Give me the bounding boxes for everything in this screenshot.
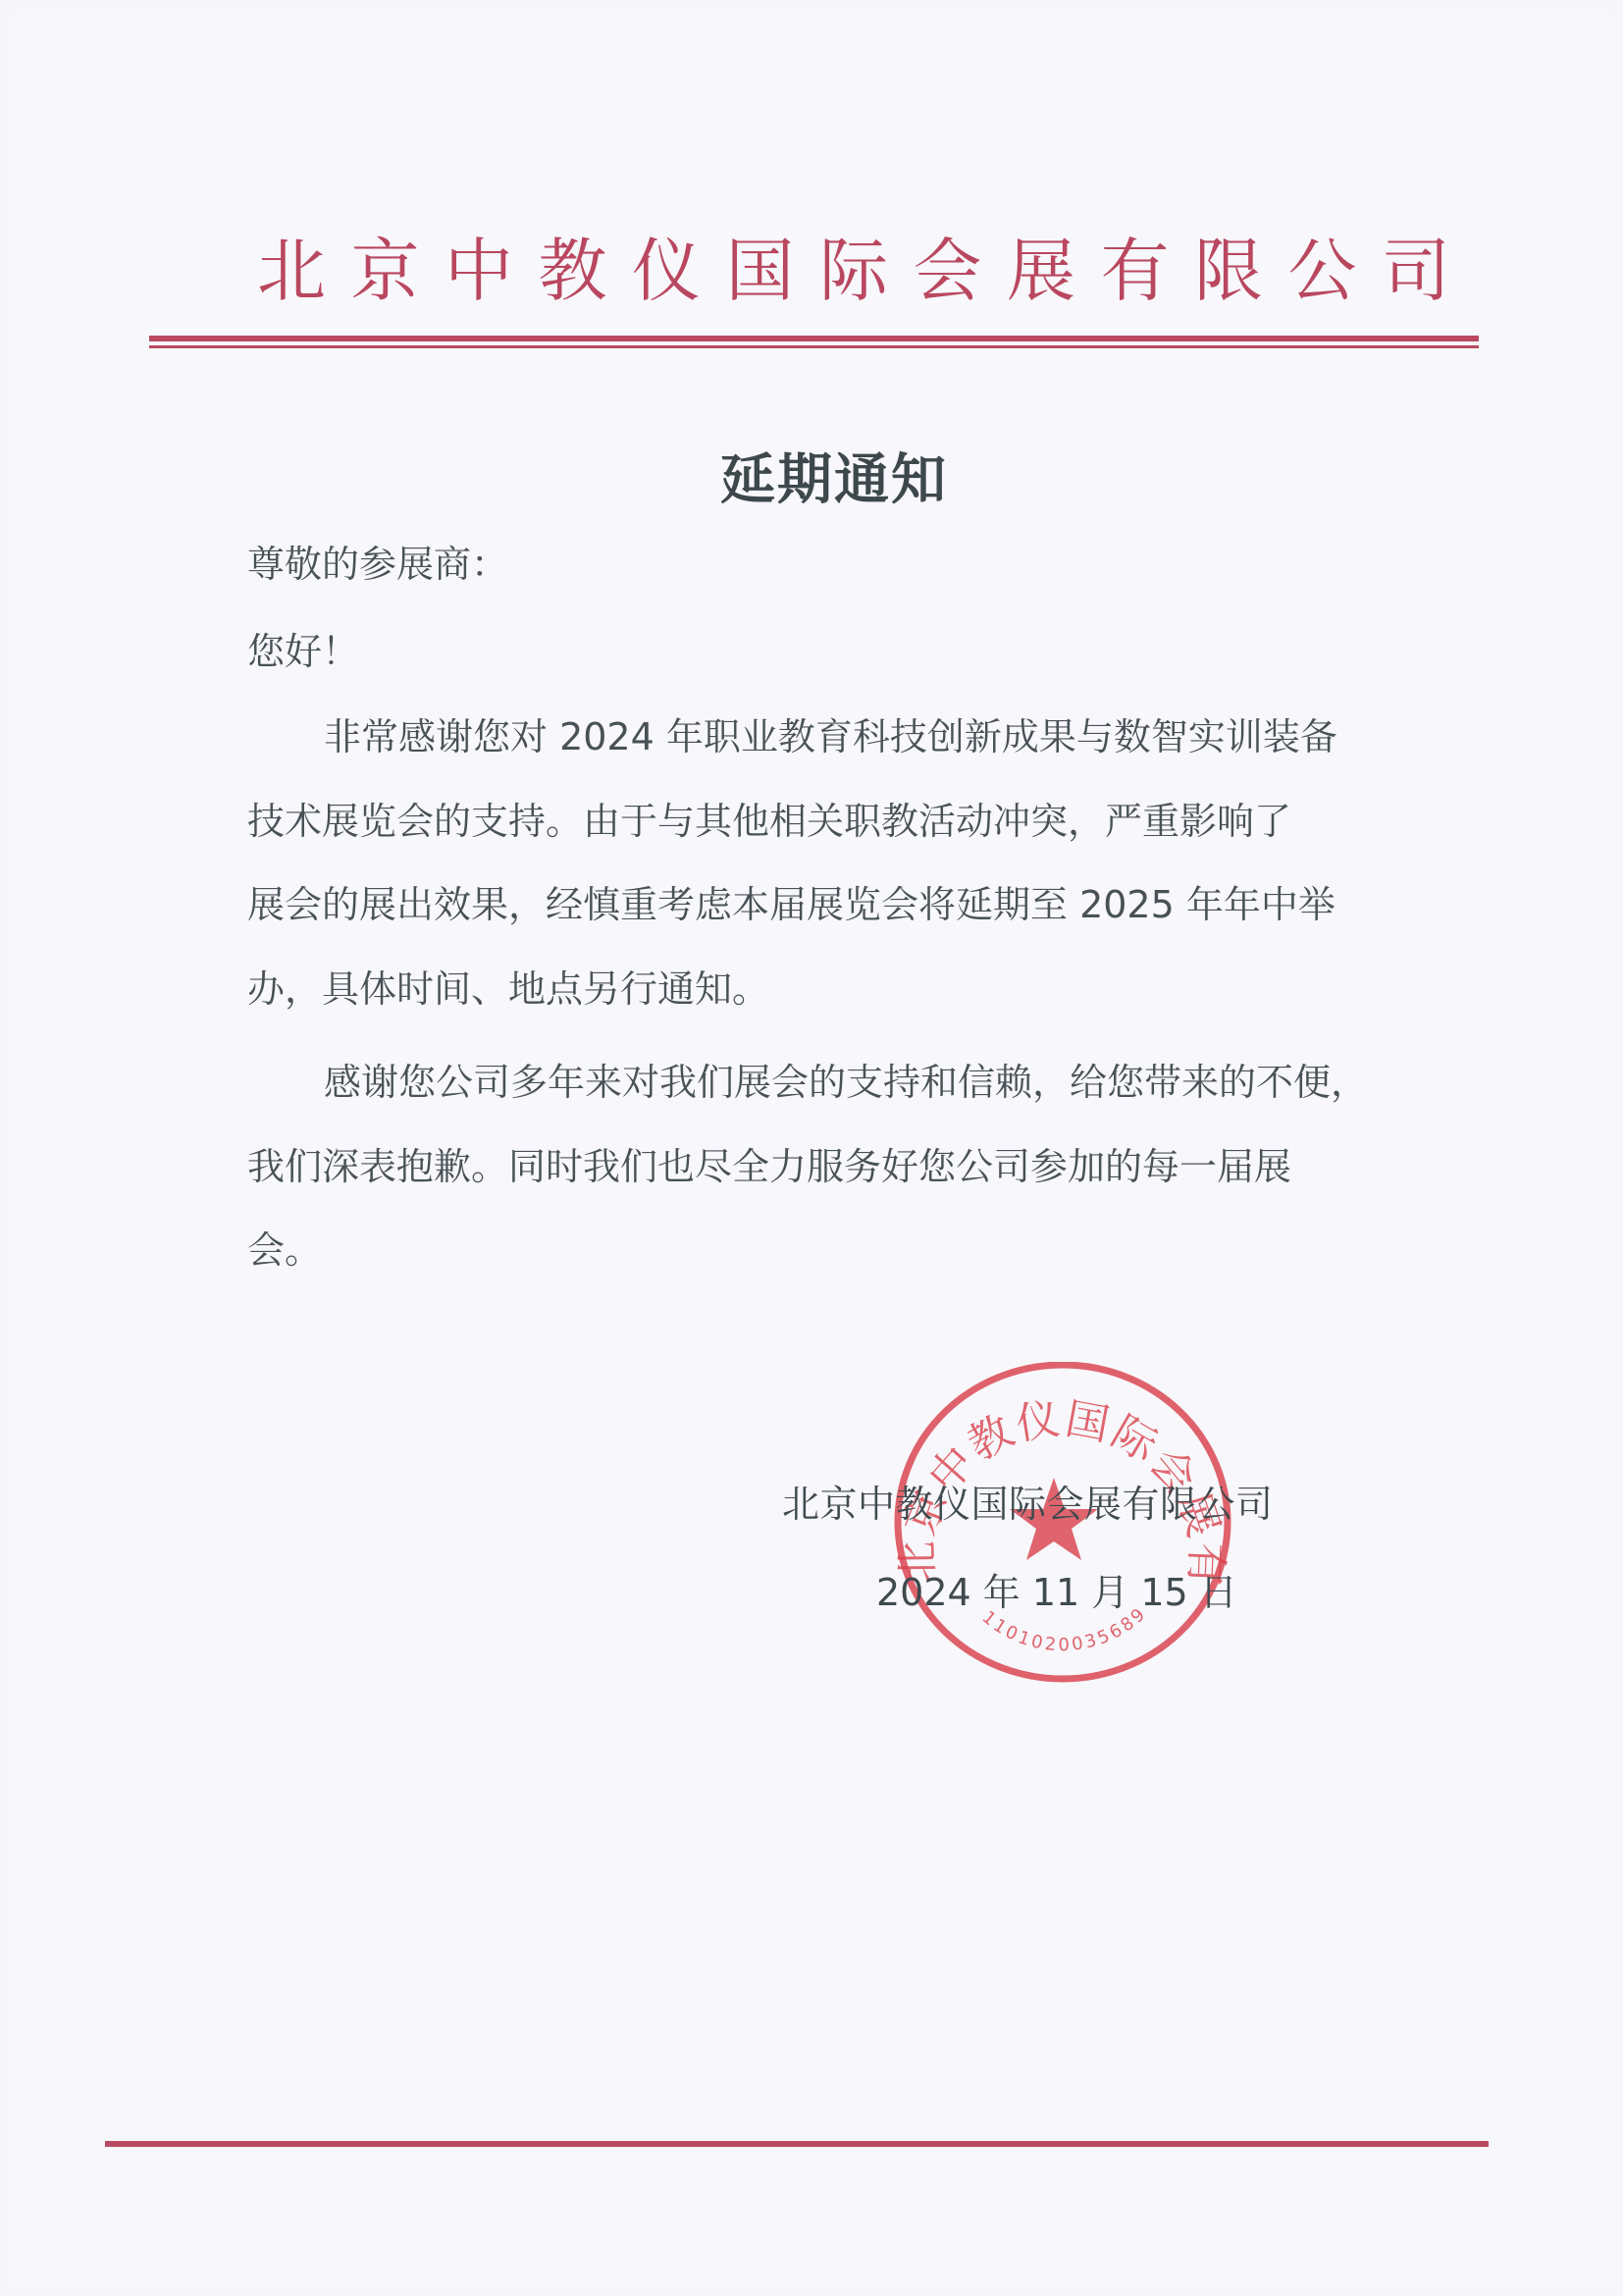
paragraph-line: 我们深表抱歉。同时我们也尽全力服务好您公司参加的每一届展 <box>247 1142 1291 1191</box>
letterhead-company-name: 北京中教仪国际会展有限公司 <box>257 224 1356 318</box>
seal-arc-text: 北京中教仪国际会展有限公司 <box>891 1362 1231 1589</box>
greeting: 您好！ <box>247 627 359 676</box>
paragraph-line: 非常感谢您对 2024 年职业教育科技创新成果与数智实训装备 <box>324 712 1337 761</box>
paragraph-line: 办，具体时间、地点另行通知。 <box>247 965 769 1014</box>
footer-rule <box>105 2141 1489 2147</box>
salutation: 尊敬的参展商： <box>247 540 508 589</box>
paragraph-line: 会。 <box>247 1226 322 1275</box>
letterhead-rule-thick <box>149 336 1479 341</box>
signature-date: 2024 年 11 月 15 日 <box>876 1568 1237 1617</box>
signature-company: 北京中教仪国际会展有限公司 <box>782 1480 1274 1529</box>
paragraph-line: 技术展览会的支持。由于与其他相关职教活动冲突，严重影响了 <box>247 797 1291 846</box>
paragraph-line: 展会的展出效果，经慎重考虑本届展览会将延期至 2025 年年中举 <box>247 880 1335 929</box>
notice-title: 延期通知 <box>0 446 1623 515</box>
letterhead-rule-thin <box>149 345 1479 348</box>
paragraph-line: 感谢您公司多年来对我们展会的支持和信赖，给您带来的不便， <box>324 1058 1368 1107</box>
